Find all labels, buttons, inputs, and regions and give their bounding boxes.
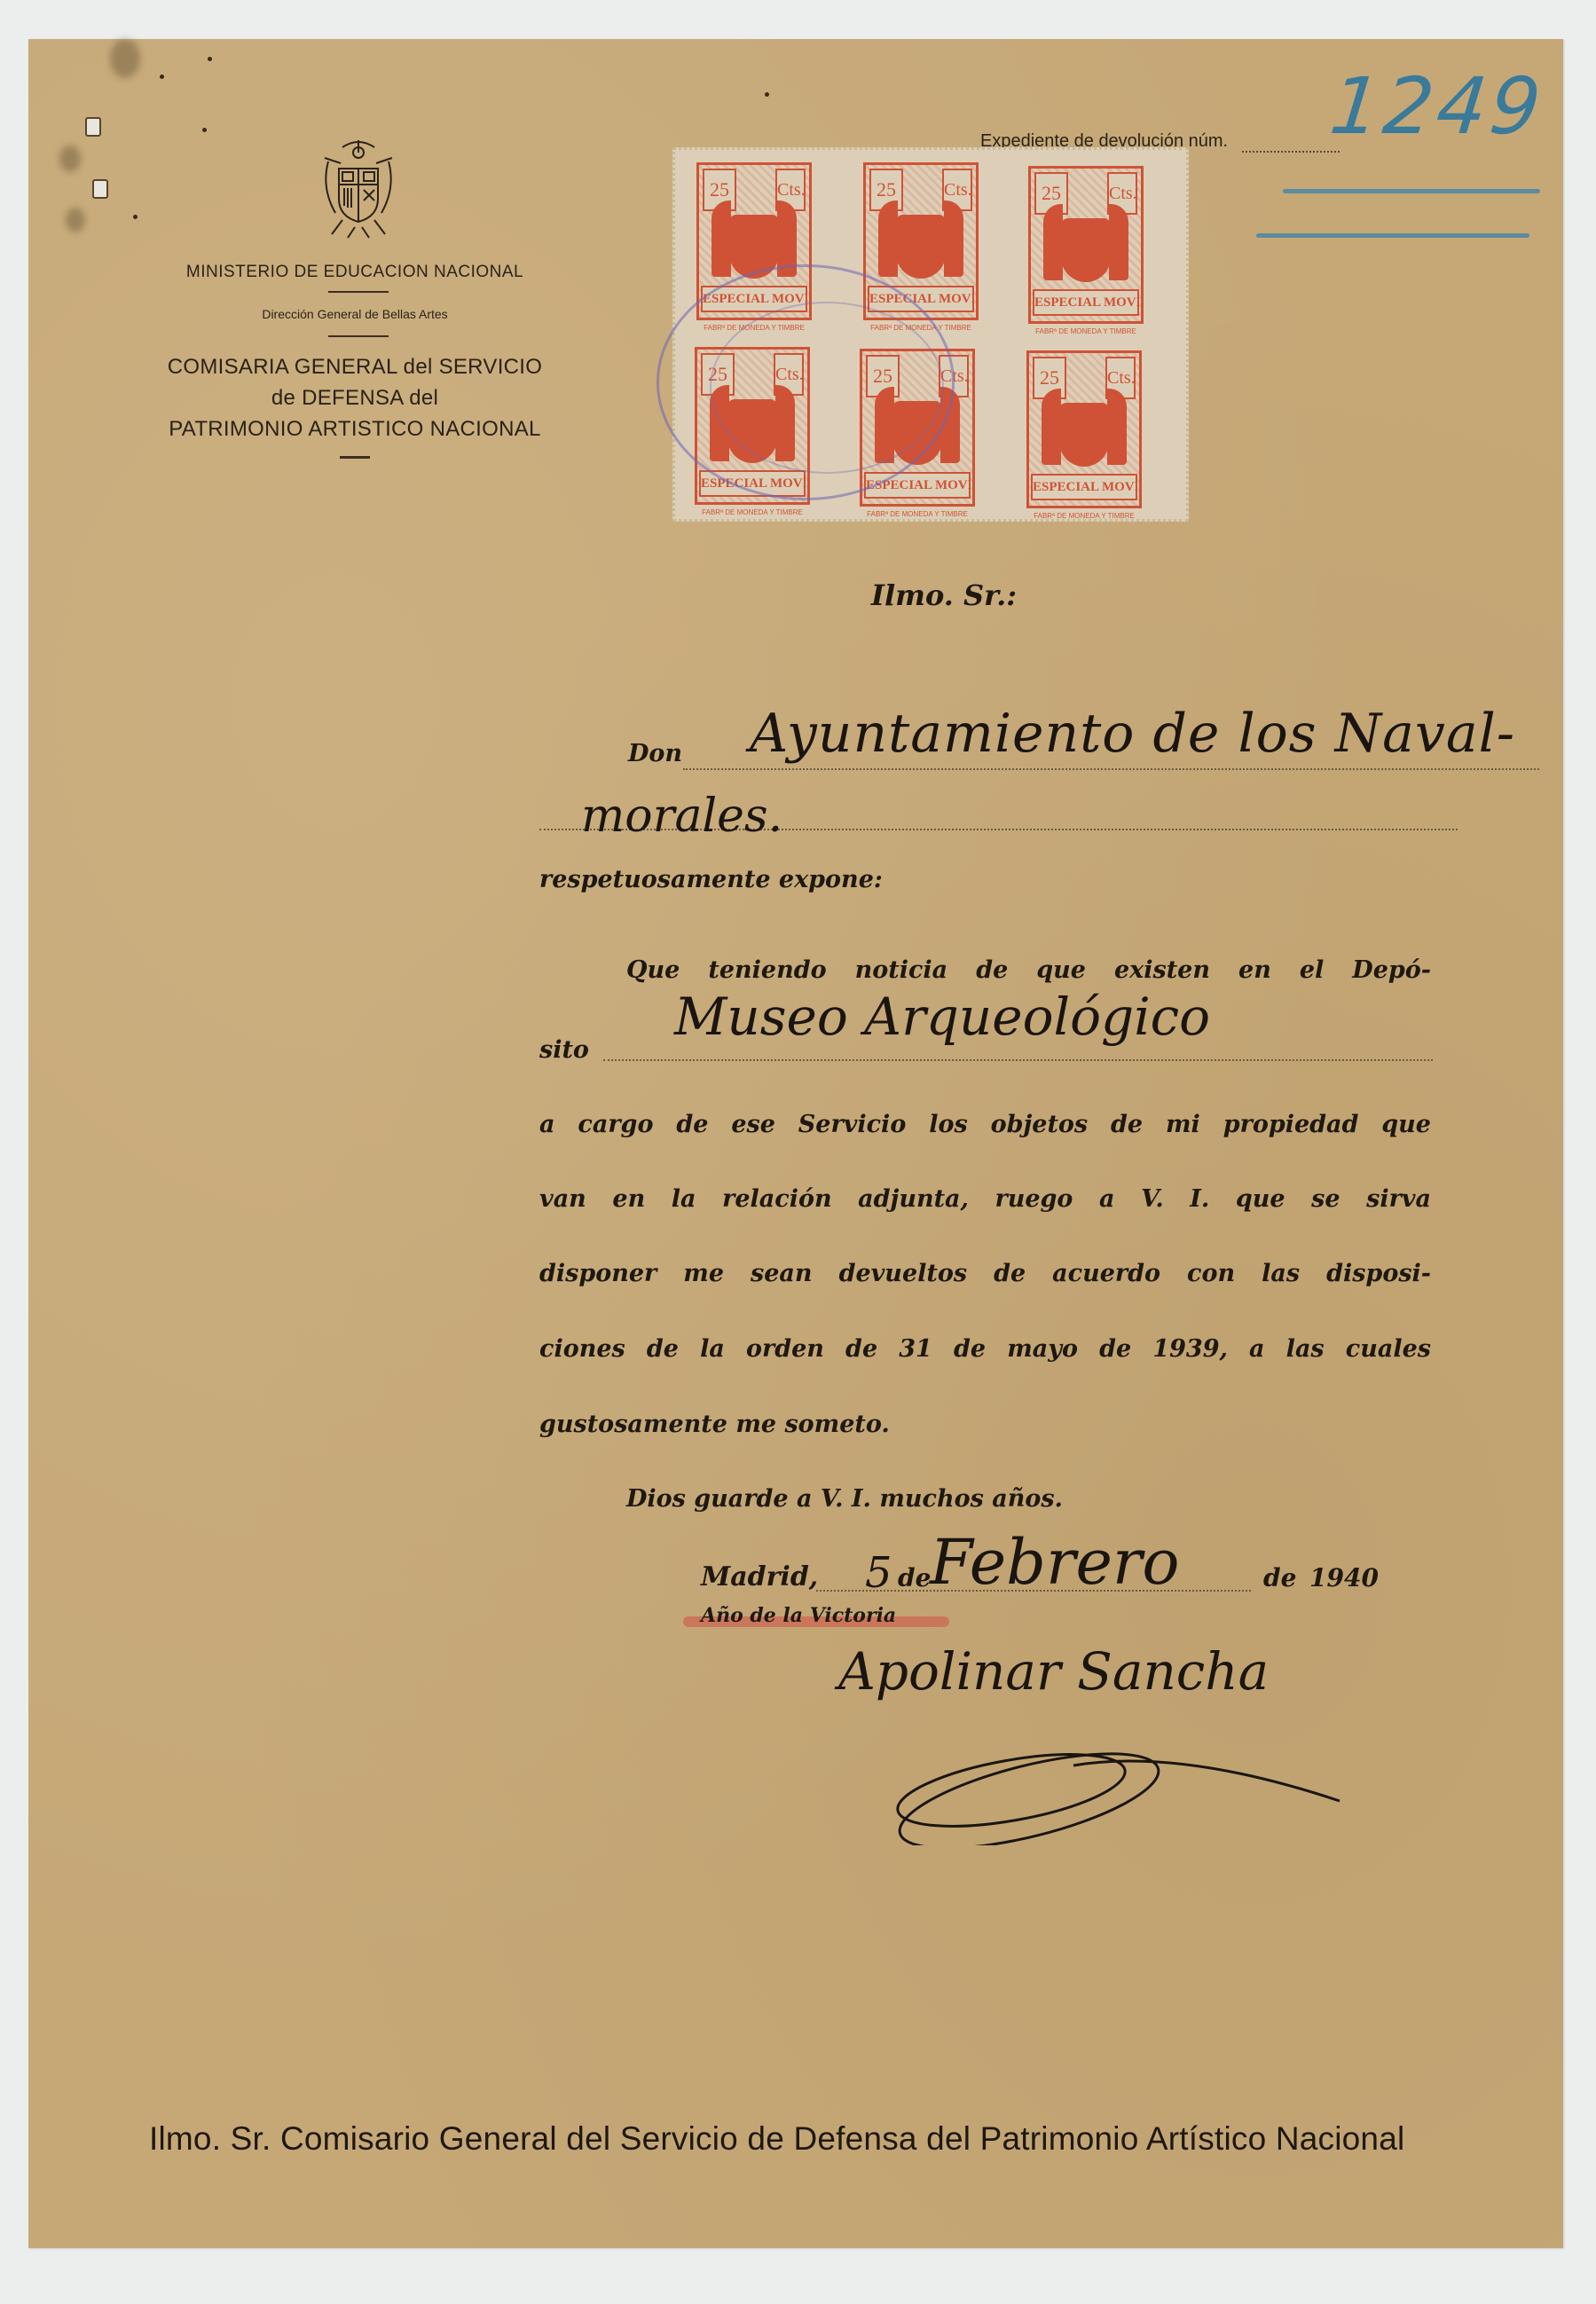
directorate-name: Dirección General de Bellas Artes [124, 307, 586, 321]
handwritten-month: Febrero [930, 1526, 1179, 1599]
closing-blessing: Dios guarde a V. I. muchos años. [626, 1485, 1063, 1513]
body-line-3: a cargo de ese Servicio los objetos de m… [539, 1111, 1431, 1138]
commission-name: COMISARIA GENERAL del SERVICIO de DEFENS… [124, 351, 586, 444]
stain [110, 39, 140, 78]
ministry-name: MINISTERIO DE EDUCACION NACIONAL [124, 263, 586, 282]
stain [59, 145, 81, 172]
salutation: Ilmo. Sr.: [871, 578, 1017, 612]
addressee-footer: Ilmo. Sr. Comisario General del Servicio… [149, 2120, 1404, 2158]
punch-hole [85, 117, 101, 137]
body-line-4: van en la relación adjunta, ruego a V. I… [539, 1185, 1431, 1213]
handwritten-sender-name: Ayuntamiento de los Naval- [750, 703, 1515, 765]
divider [340, 456, 370, 459]
handwritten-sender-name-cont: morales. [581, 790, 782, 843]
punch-hole [92, 179, 108, 199]
body-line-1: Que teniendo noticia de que existen en e… [626, 956, 1431, 984]
pencil-underline [1283, 189, 1540, 193]
speck [133, 215, 138, 219]
revenue-stamp: 25 Cts. ESPECIAL MOVIL FABRª DE MONEDA Y… [1028, 166, 1144, 324]
handwritten-day: 5 [865, 1548, 892, 1598]
ink-seal-inner-ring [710, 302, 944, 474]
speck [208, 57, 212, 61]
speck [765, 92, 769, 97]
signature-flourish-icon [878, 1739, 1357, 1845]
sender-prefix: Don [628, 740, 682, 767]
speck [202, 128, 207, 132]
divider [328, 335, 389, 337]
file-reference-number: 1249 [1326, 60, 1549, 152]
coat-of-arms-icon [316, 135, 401, 240]
body-line-5: disponer me sean devueltos de acuerdo co… [539, 1260, 1431, 1287]
handwritten-signature: Apolinar Sancha [838, 1641, 1269, 1702]
body-intro: respetuosamente expone: [539, 866, 1431, 893]
date-place: Madrid, [701, 1561, 818, 1592]
body-line-7: gustosamente me someto. [539, 1411, 1431, 1438]
eagle-shield-icon [896, 215, 946, 279]
body-line-6: ciones de la orden de 31 de mayo de 1939… [539, 1335, 1431, 1363]
struck-victory-year: Año de la Victoria [701, 1604, 896, 1627]
date-year: 1940 [1309, 1563, 1379, 1592]
commission-line-1: COMISARIA GENERAL del SERVICIO [124, 351, 586, 382]
eagle-shield-icon [1059, 403, 1109, 467]
date-de: de [1263, 1563, 1296, 1592]
divider [328, 291, 389, 293]
file-reference-dots [1242, 151, 1340, 153]
date-de: de [898, 1563, 931, 1592]
commission-line-2: de DEFENSA del [124, 382, 586, 413]
speck [160, 75, 164, 79]
handwritten-deposit-name: Museo Arqueológico [674, 987, 1210, 1047]
fill-in-dotted-line [603, 1059, 1433, 1061]
eagle-shield-icon [1061, 218, 1111, 282]
revenue-stamp: 25 Cts. ESPECIAL MOVIL FABRª DE MONEDA Y… [1026, 350, 1142, 508]
stain [66, 208, 85, 232]
body-line-2-prefix: sito [539, 1036, 589, 1064]
fill-in-dotted-line [683, 768, 1539, 770]
commission-line-3: PATRIMONIO ARTISTICO NACIONAL [124, 413, 586, 444]
pencil-underline [1256, 233, 1529, 238]
